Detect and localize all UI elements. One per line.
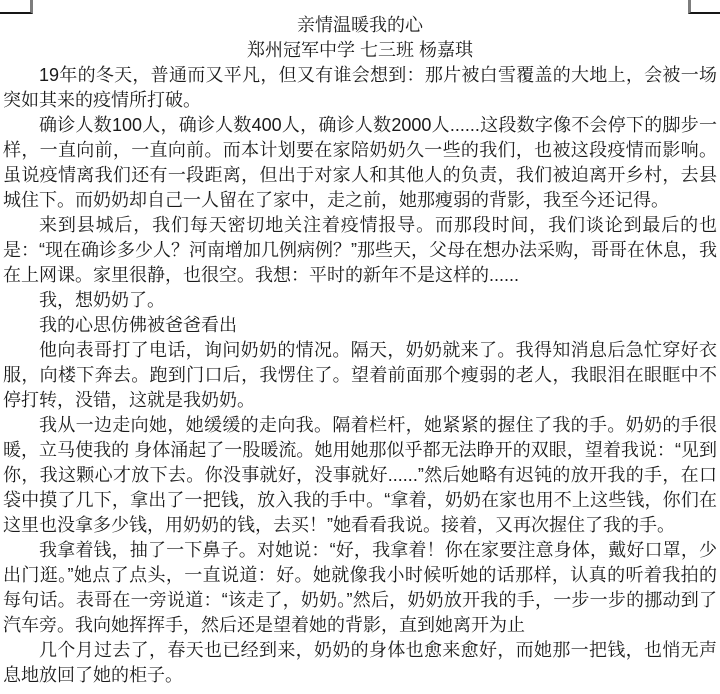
essay-paragraph-5: 我的心思仿佛被爸爸看出	[3, 313, 717, 338]
page-corner-left-mark	[0, 0, 33, 14]
essay-paragraph-4: 我，想奶奶了。	[3, 288, 717, 313]
essay-content: 亲情温暖我的心 郑州冠军中学 七三班 杨嘉琪 19年的冬天，普通而又平凡，但又有…	[3, 13, 717, 688]
document-page: 亲情温暖我的心 郑州冠军中学 七三班 杨嘉琪 19年的冬天，普通而又平凡，但又有…	[0, 0, 720, 694]
essay-paragraph-1: 19年的冬天，普通而又平凡，但又有谁会想到：那片被白雪覆盖的大地上，会被一场突如…	[3, 63, 717, 113]
page-corner-right-mark	[688, 0, 720, 14]
essay-paragraph-8: 我拿着钱，抽了一下鼻子。对她说：“好，我拿着！你在家要注意身体，戴好口罩，少出门…	[3, 538, 717, 638]
essay-paragraph-9: 几个月过去了，春天也已经到来，奶奶的身体也愈来愈好，而她那一把钱，也悄无声息地放…	[3, 638, 717, 688]
essay-paragraph-7: 我从一边走向她，她缓缓的走向我。隔着栏杆，她紧紧的握住了我的手。奶奶的手很暖，立…	[3, 413, 717, 538]
essay-paragraph-2: 确诊人数100人，确诊人数400人，确诊人数2000人......这段数字像不会…	[3, 113, 717, 213]
essay-paragraph-3: 来到县城后，我们每天密切地关注着疫情报导。而那段时间，我们谈论到最后的也是：“现…	[3, 213, 717, 288]
essay-title: 亲情温暖我的心	[3, 13, 717, 38]
essay-paragraph-6: 他向表哥打了电话，询问奶奶的情况。隔天，奶奶就来了。我得知消息后急忙穿好衣服，向…	[3, 338, 717, 413]
essay-byline: 郑州冠军中学 七三班 杨嘉琪	[3, 38, 717, 63]
